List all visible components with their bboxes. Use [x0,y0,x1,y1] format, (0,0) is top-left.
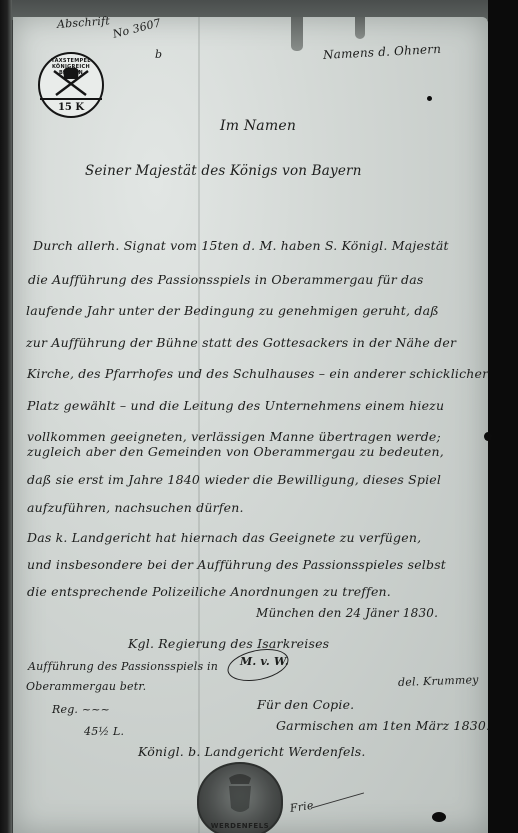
authority-signature: M. v. W. [240,655,289,668]
official-seal: WERDENFELS [197,762,283,833]
crown-crossed-swords-icon [42,63,100,97]
seal-text: WERDENFELS [199,822,281,830]
body-line: Kirche, des Pfarrhofes und des Schulhaus… [27,366,488,381]
tape-mark [355,17,365,39]
reference-suffix: b [155,48,162,61]
body-line: daß sie erst im Jahre 1840 wieder die Be… [27,472,441,487]
tax-stamp: TAXSTEMPEL KÖNIGREICH BAYERN 15 K [38,52,104,118]
body-line: die entsprechende Polizeiliche Anordnung… [27,584,391,599]
paper-fold-crease [198,17,200,833]
copy-note: Für den Copie. [257,697,354,712]
ink-blot [432,812,446,822]
copy-place-date: Garmischen am 1ten März 1830. [276,718,490,733]
body-line: die Aufführung des Passionsspiels in Obe… [28,272,424,287]
salutation-line-2: Seiner Majestät des Königs von Bayern [85,163,362,179]
body-line: und insbesondere bei der Aufführung des … [27,557,446,572]
body-line: zugleich aber den Gemeinden von Oberamme… [27,444,444,459]
place-date: München den 24 Jäner 1830. [256,606,438,620]
issuing-office: Königl. b. Landgericht Werdenfels. [138,744,366,759]
margin-note-line-1: Aufführung des Passionsspiels in [28,660,218,673]
margin-note-line-2: Oberammergau betr. [26,680,146,693]
body-line: vollkommen geeigneten, verlässigen Manne… [27,429,441,444]
margin-note-line-3: Reg. ~~~ [52,703,110,716]
salutation-line-1: Im Namen [220,118,296,134]
ink-spot [427,96,432,101]
body-line: zur Aufführung der Bühne statt des Gotte… [26,335,456,350]
margin-note-line-4: 45½ L. [84,725,124,738]
photo-backdrop-left [0,0,12,833]
tape-mark [291,17,303,51]
edge-ink-spot [484,432,492,441]
body-line: aufzuführen, nachsuchen dürfen. [27,500,244,515]
authority-line: Kgl. Regierung des Isarkreises [128,636,329,651]
photo-backdrop-right [488,0,518,833]
tax-stamp-value: 15 K [40,98,102,116]
body-line: laufende Jahr unter der Bedingung zu gen… [26,303,439,318]
body-line: Das k. Landgericht hat hiernach das Geei… [27,530,421,545]
body-line: Durch allerh. Signat vom 15ten d. M. hab… [33,238,449,253]
body-line: Platz gewählt – und die Leitung des Unte… [27,398,444,413]
